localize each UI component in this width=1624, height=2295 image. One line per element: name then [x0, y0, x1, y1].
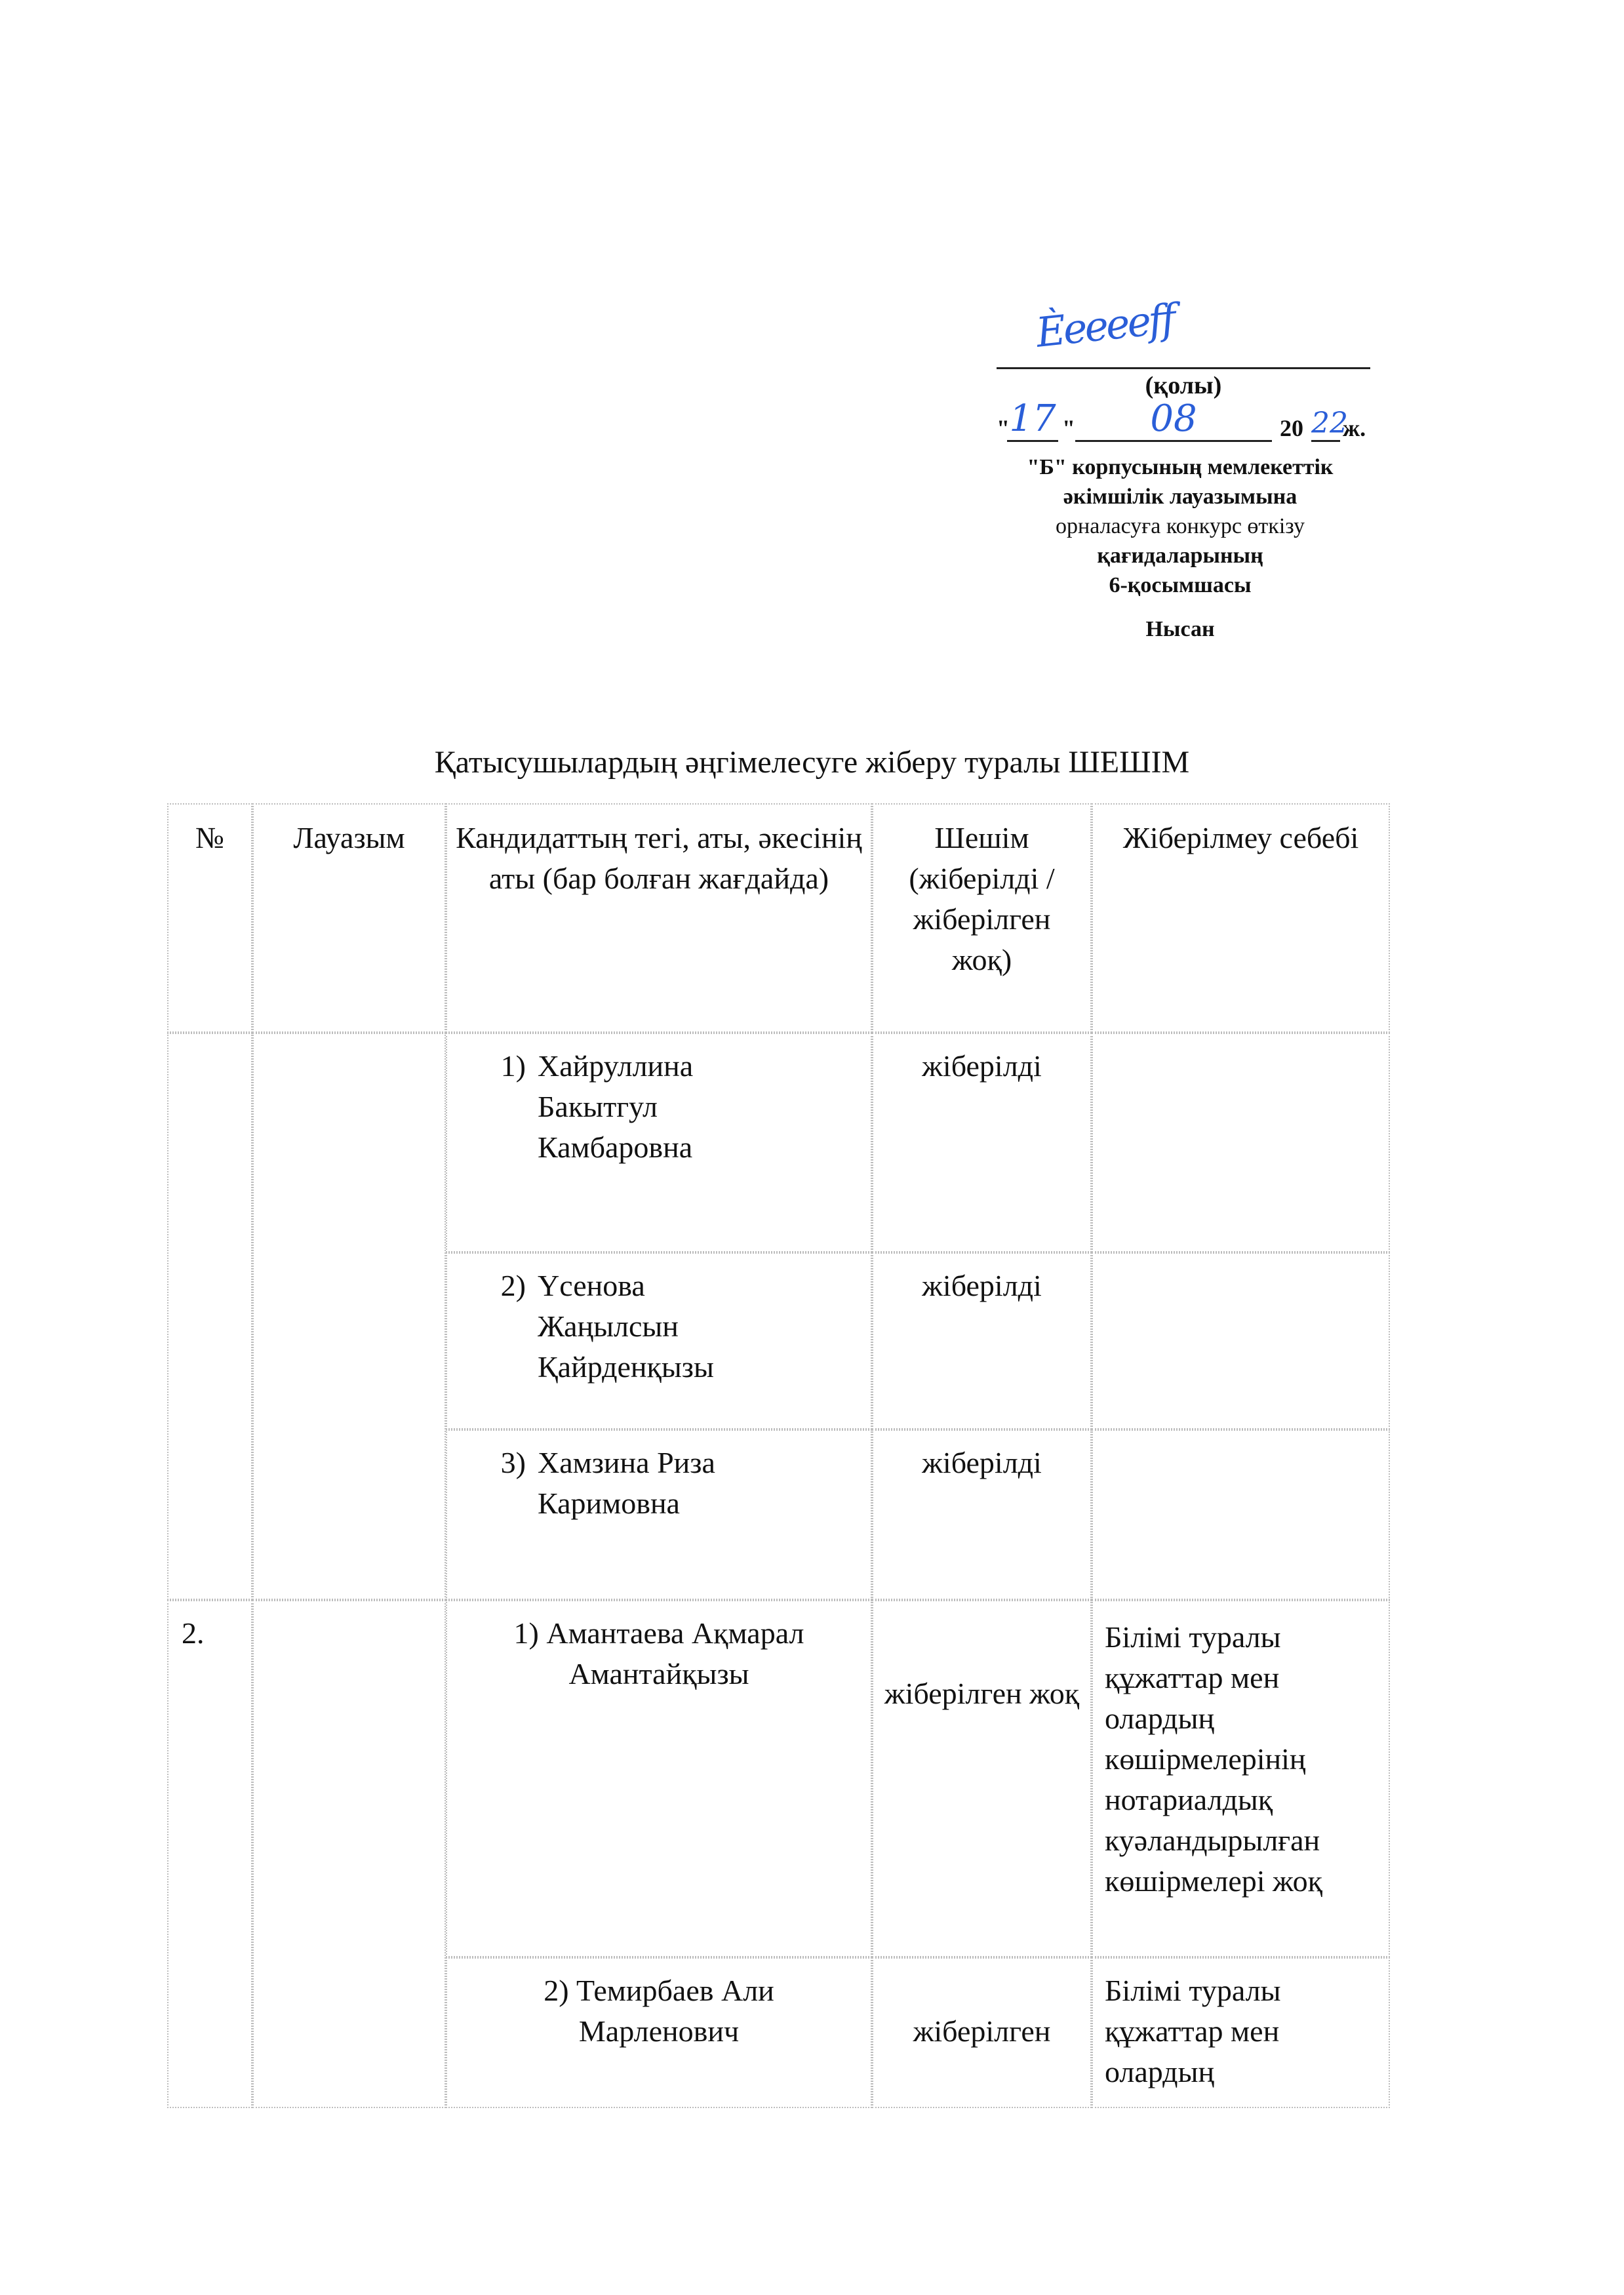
header-position: Лауазым	[252, 803, 446, 1033]
table-row-candidate: 1) Амантаева Ақмарал Амантайқызы	[446, 1600, 872, 1957]
candidate-reason: Білімі туралы құжаттар мен олардың көшір…	[1092, 1600, 1390, 1957]
group-position	[252, 1033, 446, 1600]
candidate-reason	[1092, 1429, 1390, 1600]
candidate-reason	[1092, 1252, 1390, 1429]
candidate-index: 1)	[514, 1616, 539, 1650]
candidate-index: 1)	[486, 1046, 526, 1087]
candidate-name: Үсенова Жаңылсын Қайрденқызы	[538, 1266, 761, 1387]
candidate-name: Хайруллина Бакытгул Камбаровна	[538, 1046, 761, 1168]
candidate-reason	[1092, 1033, 1390, 1252]
group-number: 2.	[167, 1600, 252, 2108]
table-row-candidate: 2)Үсенова Жаңылсын Қайрденқызы	[446, 1252, 872, 1429]
candidate-decision: жіберілді	[872, 1033, 1092, 1252]
appendix-line: қағидаларының	[997, 541, 1364, 570]
table-row-candidate: 2) Темирбаев Али Марленович	[446, 1957, 872, 2108]
approval-date: " 17 " 08 20 22 ж.	[997, 407, 1403, 446]
date-month: 08	[1150, 397, 1197, 440]
header-reason: Жіберілмеу себебі	[1092, 803, 1390, 1033]
candidate-name: Амантаева Ақмарал Амантайқызы	[546, 1616, 804, 1690]
candidate-index: 2)	[544, 1974, 568, 2007]
document-title: Қатысушылардың әңгімелесуге жіберу турал…	[0, 744, 1624, 780]
signature-caption: (қолы)	[997, 371, 1370, 400]
header-candidate: Кандидаттың тегі, аты, әкесінің аты (бар…	[446, 803, 872, 1033]
candidate-index: 2)	[486, 1266, 526, 1306]
table-row-candidate: 3)Хамзина Риза Каримовна	[446, 1429, 872, 1600]
candidate-decision: жіберілді	[872, 1429, 1092, 1600]
appendix-line: әкімшілік лауазымына	[997, 482, 1364, 511]
appendix-reference: "Б" корпусының мемлекеттік әкімшілік лау…	[997, 452, 1364, 644]
signature-line	[997, 367, 1370, 369]
date-year-prefix: 20	[1280, 414, 1303, 442]
candidate-name: Темирбаев Али Марленович	[576, 1974, 774, 2048]
header-decision: Шешім (жіберілді / жіберілген жоқ)	[872, 803, 1092, 1033]
candidate-reason: Білімі туралы құжаттар мен олардың	[1092, 1957, 1390, 2108]
candidate-name: Хамзина Риза Каримовна	[538, 1443, 787, 1524]
candidate-decision: жіберілген жоқ	[872, 1600, 1092, 1957]
handwritten-signature: Ѐееееff	[1034, 294, 1176, 357]
appendix-line: орналасуға конкурс өткізу	[997, 511, 1364, 541]
form-label: Нысан	[997, 614, 1364, 644]
candidate-decision: жіберілді	[872, 1252, 1092, 1429]
candidate-decision: жіберілген	[872, 1957, 1092, 2108]
date-day: 17	[1009, 397, 1056, 440]
candidate-index: 3)	[486, 1443, 526, 1483]
appendix-line: 6-қосымшасы	[997, 570, 1364, 600]
appendix-line: "Б" корпусының мемлекеттік	[997, 452, 1364, 482]
header-number: №	[167, 803, 252, 1033]
date-year-unit: ж.	[1343, 414, 1366, 442]
group-position	[252, 1600, 446, 2108]
group-number	[167, 1033, 252, 1600]
table-row-candidate: 1)Хайруллина Бакытгул Камбаровна	[446, 1033, 872, 1252]
